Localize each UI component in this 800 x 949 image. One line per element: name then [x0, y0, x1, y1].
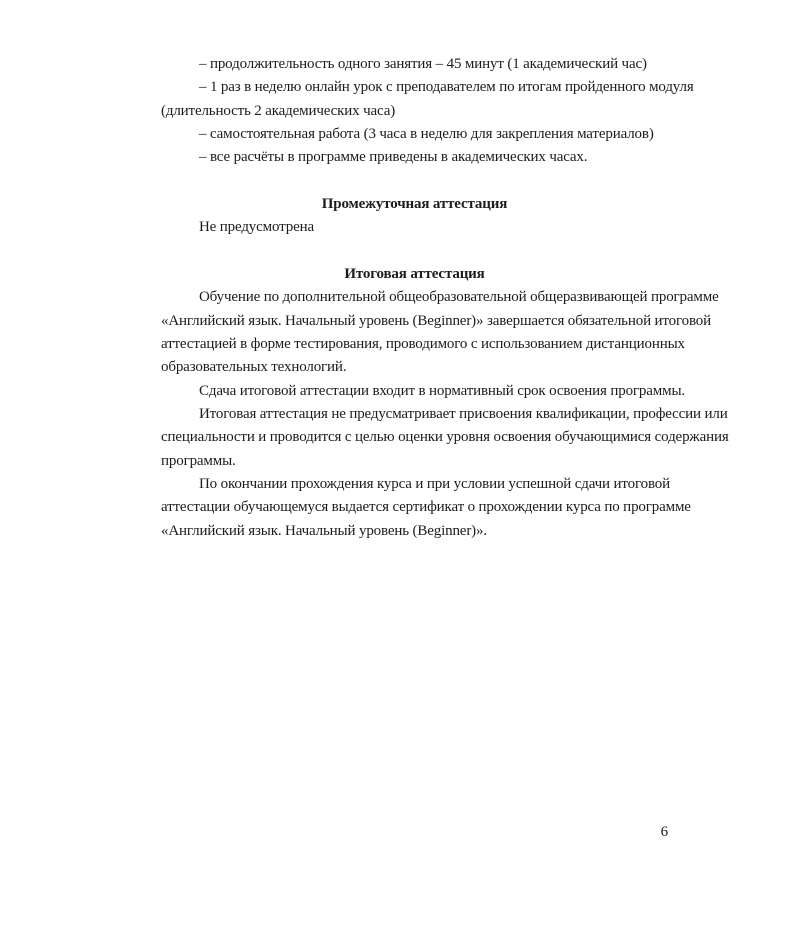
final-attestation-paragraph-3: Итоговая аттестация не предусматривает п… [161, 403, 668, 473]
text-line: – самостоятельная работа (3 часа в недел… [161, 123, 668, 146]
schedule-item-academic-hours-note: – все расчёты в программе приведены в ак… [161, 146, 668, 169]
text-line: специальности и проводится с целью оценк… [161, 426, 668, 449]
text-line: программы. [161, 450, 668, 473]
text-line: По окончании прохождения курса и при усл… [161, 473, 668, 496]
final-attestation-paragraph-1: Обучение по дополнительной общеобразоват… [161, 286, 668, 379]
text-line: – 1 раз в неделю онлайн урок с преподава… [161, 76, 668, 99]
final-attestation-paragraph-2: Сдача итоговой аттестации входит в норма… [161, 380, 668, 403]
schedule-item-lesson-duration: – продолжительность одного занятия – 45 … [161, 53, 668, 76]
blank-line [161, 240, 668, 263]
document-content: – продолжительность одного занятия – 45 … [161, 53, 668, 543]
text-line: аттестацией в форме тестирования, провод… [161, 333, 668, 356]
heading-interim-attestation: Промежуточная аттестация [161, 193, 668, 216]
text-line: (длительность 2 академических часа) [161, 100, 668, 123]
document-page: – продолжительность одного занятия – 45 … [0, 0, 800, 949]
text-line: – все расчёты в программе приведены в ак… [161, 146, 668, 169]
final-attestation-paragraph-4: По окончании прохождения курса и при усл… [161, 473, 668, 543]
page-number: 6 [161, 821, 668, 844]
text-line: Не предусмотрена [161, 216, 668, 239]
text-line: «Английский язык. Начальный уровень (Beg… [161, 520, 668, 543]
text-line: – продолжительность одного занятия – 45 … [161, 53, 668, 76]
blank-line [161, 170, 668, 193]
text-line: Обучение по дополнительной общеобразоват… [161, 286, 668, 309]
text-line: аттестации обучающемуся выдается сертифи… [161, 496, 668, 519]
schedule-item-self-study: – самостоятельная работа (3 часа в недел… [161, 123, 668, 146]
text-line: образовательных технологий. [161, 356, 668, 379]
interim-attestation-note: Не предусмотрена [161, 216, 668, 239]
text-line: «Английский язык. Начальный уровень (Beg… [161, 310, 668, 333]
text-line: Итоговая аттестация не предусматривает п… [161, 403, 668, 426]
schedule-item-weekly-online-lesson: – 1 раз в неделю онлайн урок с преподава… [161, 76, 668, 123]
text-line: Сдача итоговой аттестации входит в норма… [161, 380, 668, 403]
heading-final-attestation: Итоговая аттестация [161, 263, 668, 286]
